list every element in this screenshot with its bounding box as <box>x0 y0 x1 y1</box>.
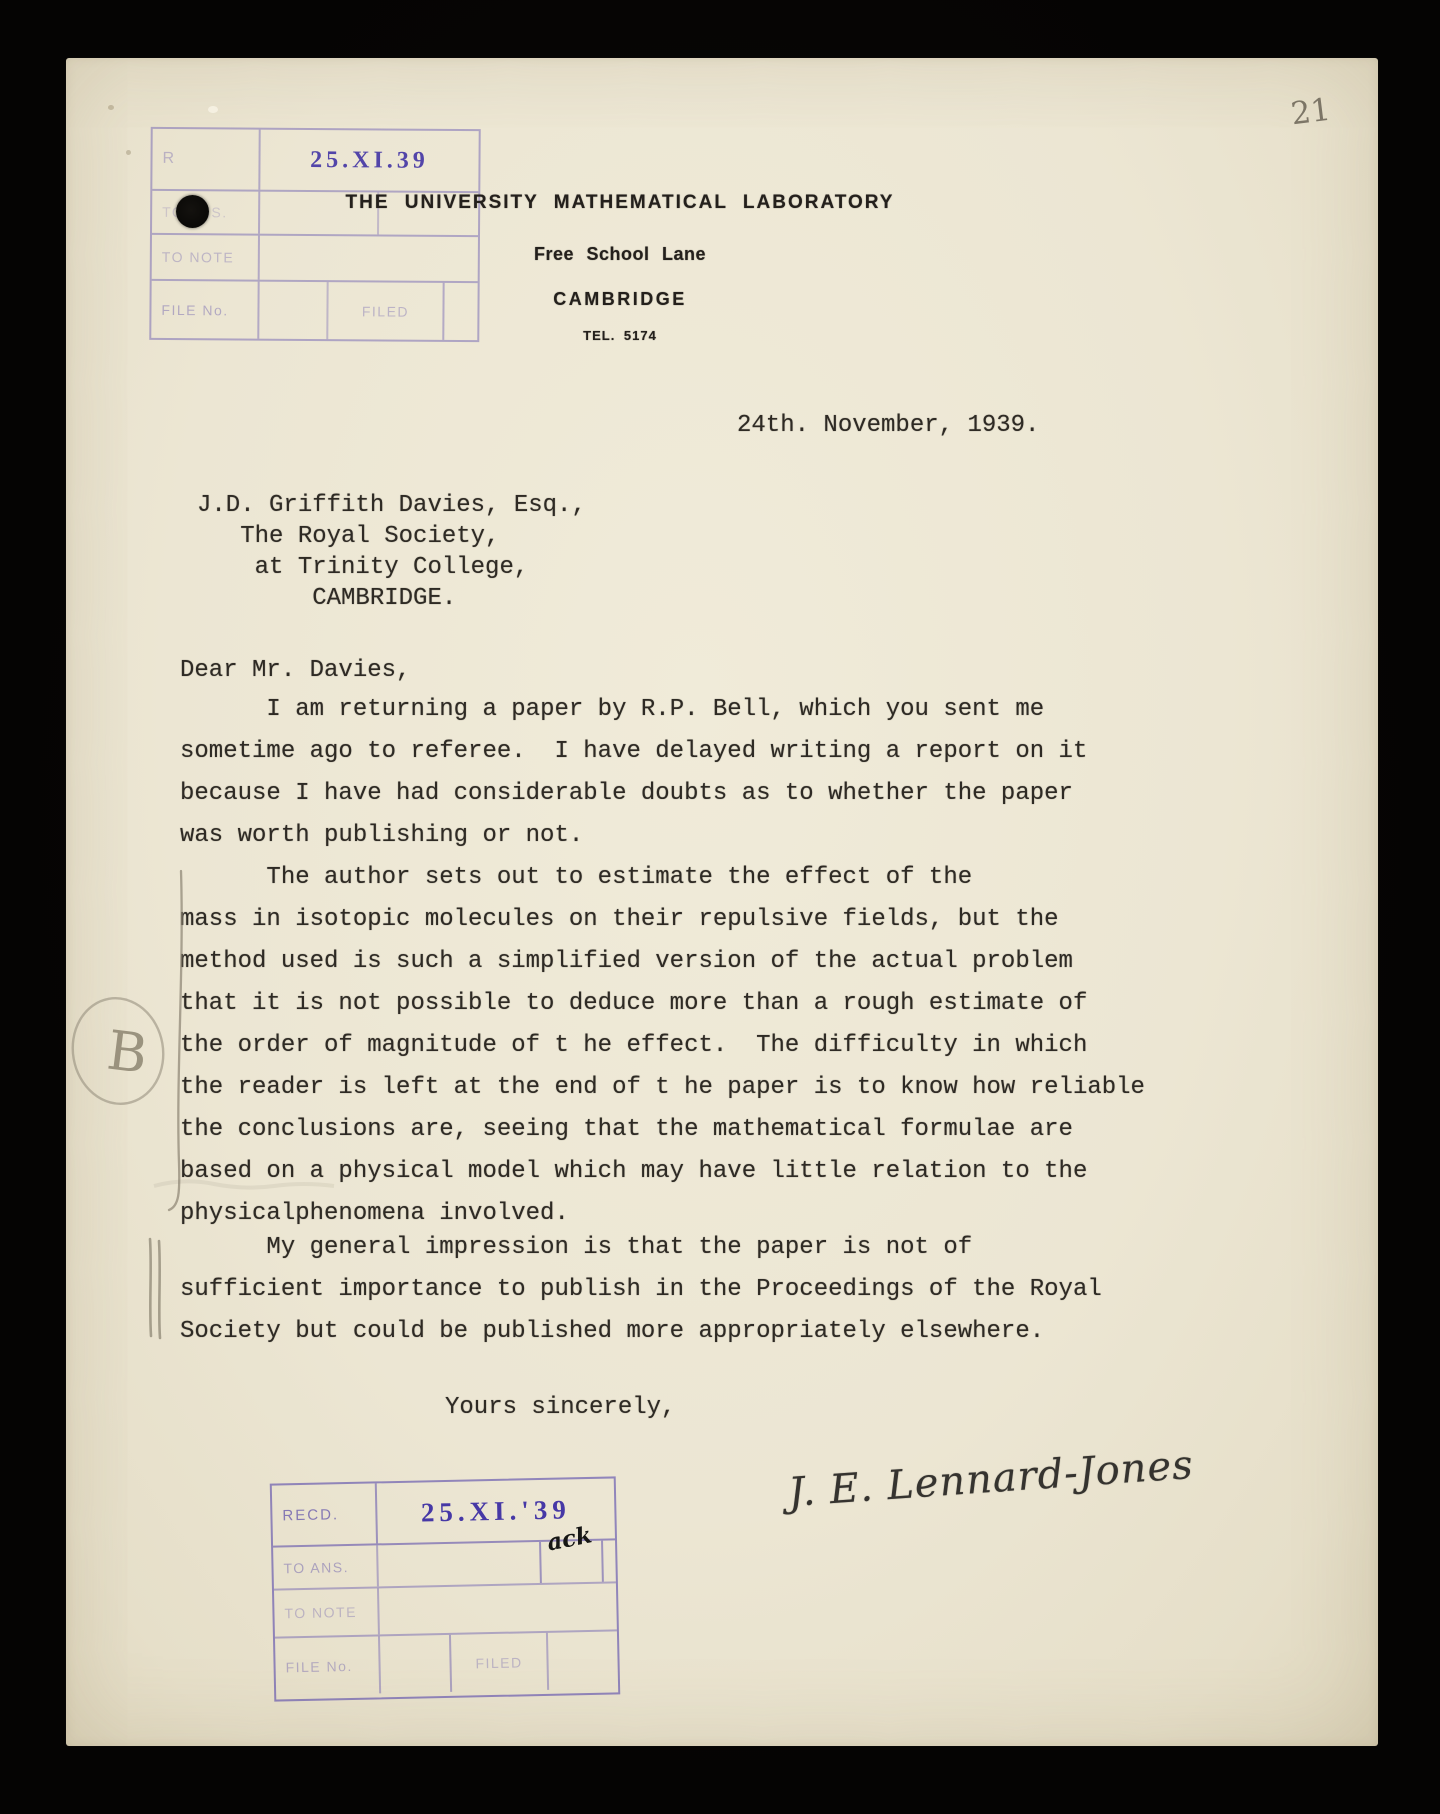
pencil-annotations: B <box>66 58 1378 1746</box>
letter-paper: 21 R 25.XI.39 TO ANS. TO NOTE <box>66 58 1378 1746</box>
pencil-double-line <box>150 1239 151 1336</box>
pencil-smudge <box>154 1181 334 1187</box>
pencil-letter-b: B <box>104 1019 151 1086</box>
hole-punch <box>176 195 209 228</box>
photograph-background: 21 R 25.XI.39 TO ANS. TO NOTE <box>0 0 1440 1814</box>
pencil-margin-line <box>169 871 182 1210</box>
pencil-double-line <box>159 1241 160 1338</box>
